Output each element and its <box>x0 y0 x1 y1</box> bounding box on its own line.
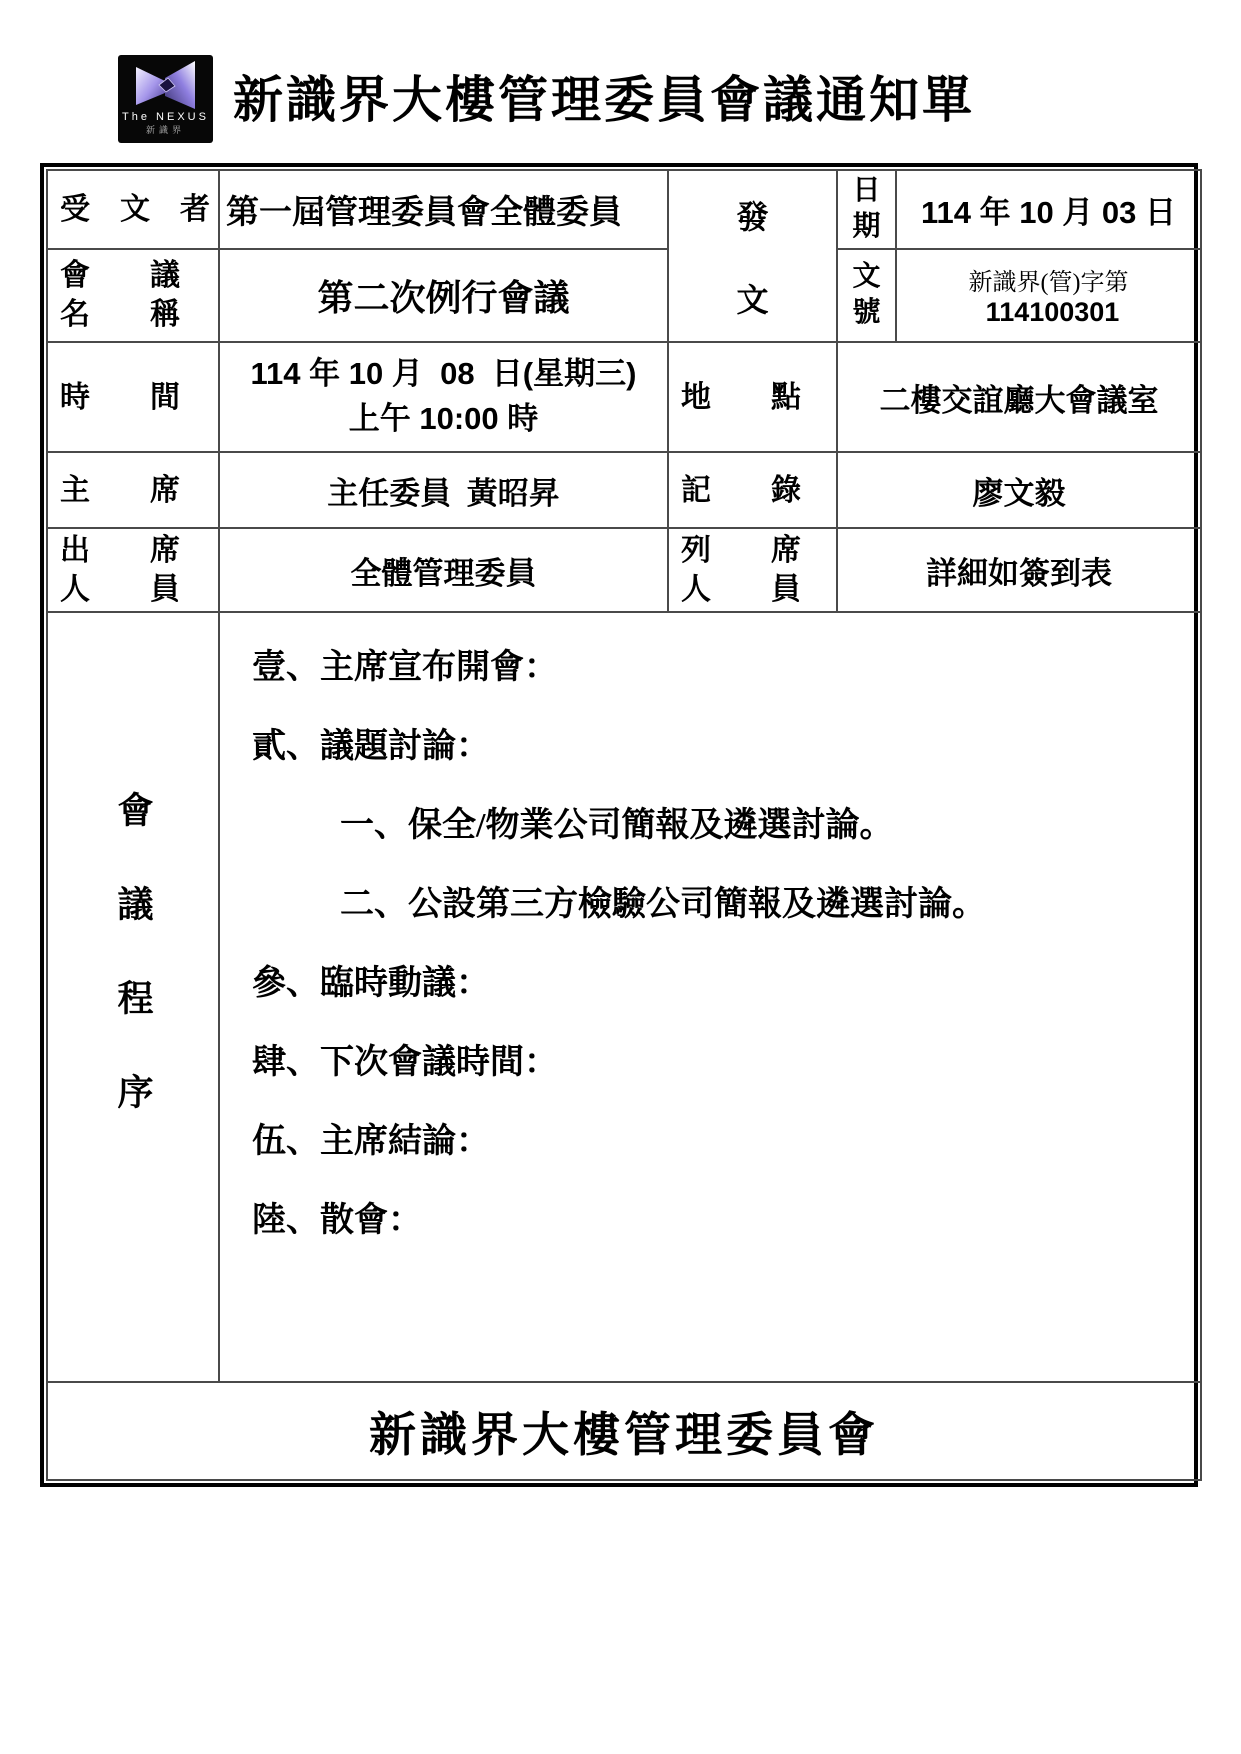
row-footer: 新識界大樓管理委員會 <box>47 1382 1201 1480</box>
row-agenda: 會議程序 壹、主席宣布開會： 貳、議題討論： 一、保全/物業公司簡報及遴選討論。… <box>47 612 1201 1382</box>
logo-brand-zh: 新識界 <box>146 124 185 136</box>
observers-value: 詳細如簽到表 <box>837 528 1201 612</box>
meeting-name-value: 第二次例行會議 <box>219 249 668 342</box>
send-doc-char-1: 發 <box>671 192 834 238</box>
agenda-label-text: 會議程序 <box>115 791 151 1167</box>
doc-number-label-line2: 號 <box>838 295 895 331</box>
doc-number-value: 新識界(管)字第114100301 <box>896 249 1201 342</box>
row-recipient: 受 文 者 第一屆管理委員會全體委員 發 文 日 期 114 年 10 月 03… <box>47 170 1201 249</box>
time-value-line2: 上午 10:00 時 <box>222 397 665 442</box>
time-value: 114 年 10 月 08 日(星期三) 上午 10:00 時 <box>219 342 668 452</box>
row-time-location: 時 間 114 年 10 月 08 日(星期三) 上午 10:00 時 地 點 … <box>47 342 1201 452</box>
agenda-item-1: 壹、主席宣布開會： <box>252 639 1190 688</box>
send-doc-char-2: 文 <box>671 275 834 321</box>
observers-label-line1: 列 席 <box>681 531 824 570</box>
agenda-item-2: 貳、議題討論： <box>252 718 1190 767</box>
doc-number-prefix: 新識界(管)字第 <box>969 270 1129 296</box>
notice-table: 受 文 者 第一屆管理委員會全體委員 發 文 日 期 114 年 10 月 03… <box>40 163 1198 1487</box>
chair-label: 主 席 <box>47 452 219 528</box>
recorder-value: 廖文毅 <box>837 452 1201 528</box>
page-title: 新識界大樓管理委員會議通知單 <box>233 60 975 132</box>
meeting-name-label-line2: 名 稱 <box>60 295 206 334</box>
footer-organization: 新識界大樓管理委員會 <box>47 1382 1201 1480</box>
agenda-item-6: 陸、散會： <box>252 1192 1190 1241</box>
agenda-item-5: 伍、主席結論： <box>252 1113 1190 1162</box>
send-date-value: 114 年 10 月 03 日 <box>896 170 1201 249</box>
recorder-label: 記 錄 <box>668 452 837 528</box>
row-attendees-observers: 出 席 人 員 全體管理委員 列 席 人 員 詳細如簽到表 <box>47 528 1201 612</box>
agenda-item-2-1: 一、保全/物業公司簡報及遴選討論。 <box>252 797 1190 846</box>
attendees-label-line2: 人 員 <box>60 570 206 609</box>
recipient-label: 受 文 者 <box>47 170 219 249</box>
doc-number-label: 文 號 <box>837 249 896 342</box>
observers-label: 列 席 人 員 <box>668 528 837 612</box>
agenda-content: 壹、主席宣布開會： 貳、議題討論： 一、保全/物業公司簡報及遴選討論。 二、公設… <box>219 612 1201 1382</box>
row-meeting-name: 會 議 名 稱 第二次例行會議 文 號 新識界(管)字第114100301 <box>47 249 1201 342</box>
send-date-label: 日 期 <box>837 170 896 249</box>
send-doc-label: 發 文 <box>668 170 837 342</box>
location-value: 二樓交誼廳大會議室 <box>837 342 1201 452</box>
recipient-value: 第一屆管理委員會全體委員 <box>219 170 668 249</box>
send-date-label-line1: 日 <box>838 173 895 209</box>
chair-value: 主任委員 黃昭昇 <box>219 452 668 528</box>
attendees-label: 出 席 人 員 <box>47 528 219 612</box>
agenda-label: 會議程序 <box>47 612 219 1382</box>
row-chair-recorder: 主 席 主任委員 黃昭昇 記 錄 廖文毅 <box>47 452 1201 528</box>
doc-number-label-line1: 文 <box>838 259 895 295</box>
meeting-name-label-line1: 會 議 <box>60 256 206 295</box>
agenda-item-4: 肆、下次會議時間： <box>252 1034 1190 1083</box>
agenda-item-2-2: 二、公設第三方檢驗公司簡報及遴選討論。 <box>252 876 1190 925</box>
attendees-value: 全體管理委員 <box>219 528 668 612</box>
nexus-logo-emblem <box>122 59 209 111</box>
logo-brand-en: The NEXUS <box>122 111 209 124</box>
observers-label-line2: 人 員 <box>681 570 824 609</box>
meeting-name-label: 會 議 名 稱 <box>47 249 219 342</box>
attendees-label-line1: 出 席 <box>60 531 206 570</box>
time-value-line1: 114 年 10 月 08 日(星期三) <box>222 352 665 397</box>
doc-number-digits: 114100301 <box>986 297 1120 327</box>
meeting-notice-page: The NEXUS 新識界 新識界大樓管理委員會議通知單 受 文 者 第一屆管理… <box>0 0 1241 1754</box>
send-date-label-line2: 期 <box>838 209 895 245</box>
agenda-item-3: 參、臨時動議： <box>252 955 1190 1004</box>
nexus-logo: The NEXUS 新識界 <box>118 55 213 143</box>
location-label: 地 點 <box>668 342 837 452</box>
time-label: 時 間 <box>47 342 219 452</box>
